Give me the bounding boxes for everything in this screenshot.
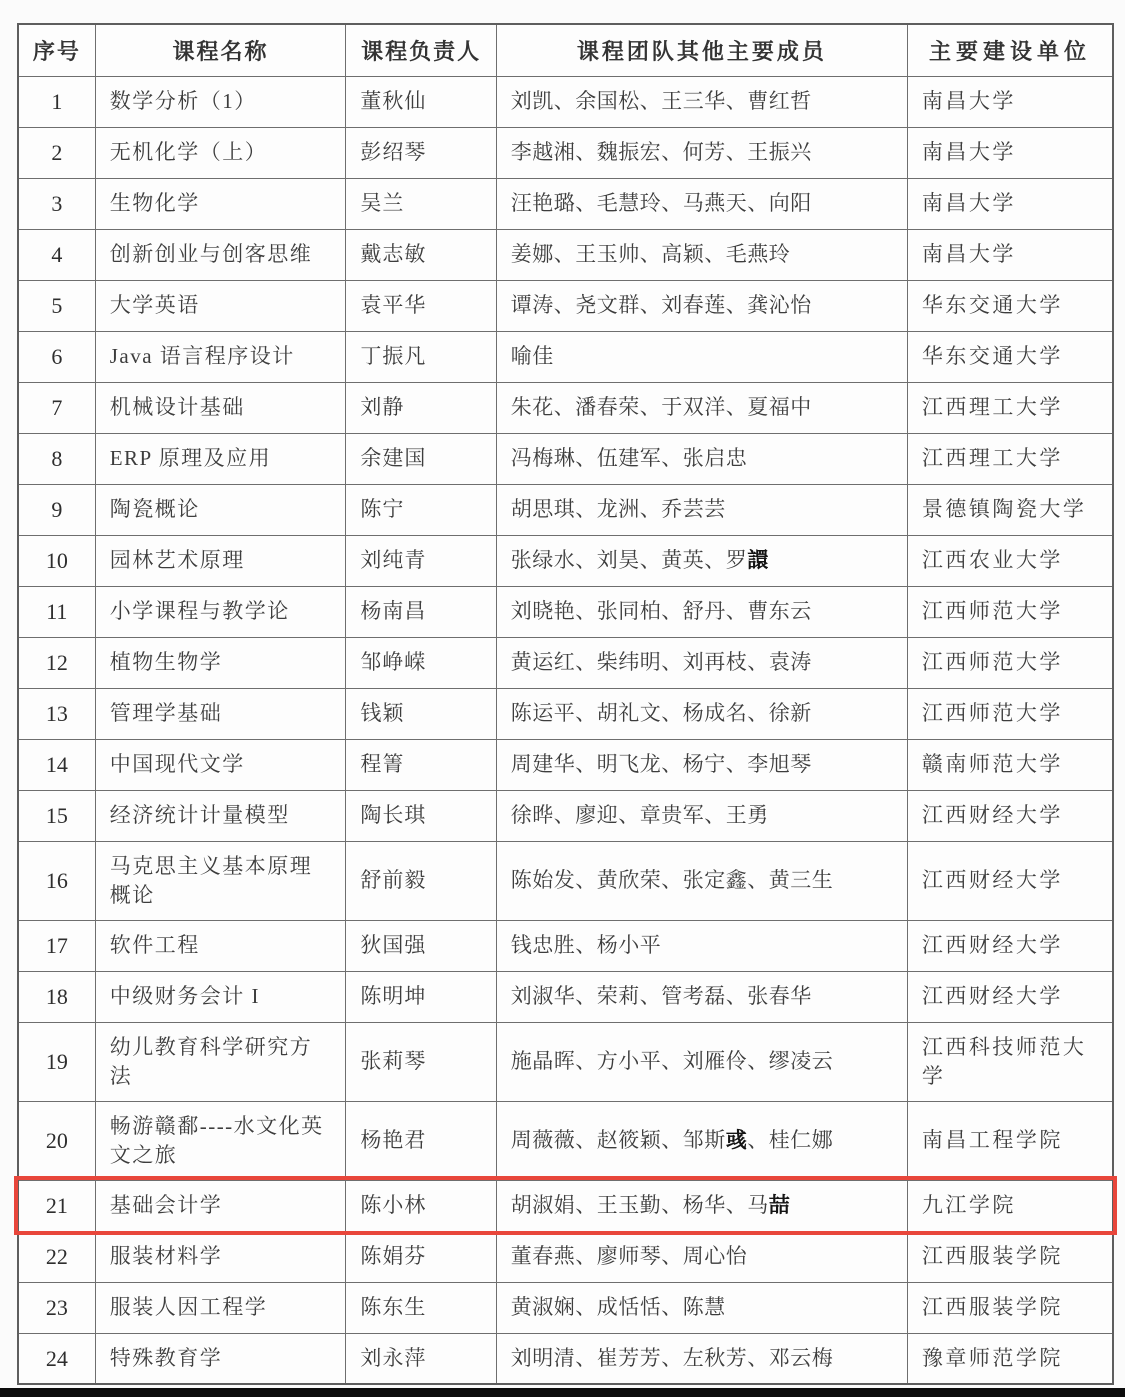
cell-members: 谭涛、尧文群、刘春莲、龚沁怡 (496, 280, 907, 331)
cell-course-name: 生物化学 (95, 178, 346, 229)
members-text: 张绿水、刘昊、黄英、罗 (511, 548, 748, 572)
table-row: 7机械设计基础刘静朱花、潘春荣、于双洋、夏福中江西理工大学 (18, 382, 1113, 433)
cell-unit: 江西科技师范大学 (907, 1022, 1113, 1101)
cell-no: 17 (18, 920, 95, 971)
table-row: 16马克思主义基本原理概论舒前毅陈始发、黄欣荣、张定鑫、黄三生江西财经大学 (18, 841, 1113, 920)
members-text: 黄淑娴、成恬恬、陈慧 (511, 1295, 726, 1319)
members-text: 施晶晖、方小平、刘雁伶、缪凌云 (511, 1049, 834, 1073)
table-row: 20畅游赣鄱----水文化英文之旅杨艳君周薇薇、赵筱颖、邹斯彧、桂仁娜南昌工程学… (18, 1101, 1113, 1180)
cell-course-name: Java 语言程序设计 (95, 331, 346, 382)
cell-members: 周建华、明飞龙、杨宁、李旭琴 (496, 739, 907, 790)
cell-unit: 豫章师范学院 (907, 1333, 1113, 1384)
cell-leader: 陈东生 (346, 1282, 496, 1333)
cell-leader: 陈小林 (346, 1180, 496, 1231)
cell-members: 冯梅琳、伍建军、张启忠 (496, 433, 907, 484)
cell-course-name: 马克思主义基本原理概论 (95, 841, 346, 920)
members-text: 汪艳璐、毛慧玲、马燕天、向阳 (511, 191, 812, 215)
members-text: 周薇薇、赵筱颖、邹斯 (511, 1128, 726, 1152)
cell-members: 朱花、潘春荣、于双洋、夏福中 (496, 382, 907, 433)
cell-unit: 江西理工大学 (907, 433, 1113, 484)
cell-no: 21 (18, 1180, 95, 1231)
cell-no: 15 (18, 790, 95, 841)
cell-unit: 南昌大学 (907, 229, 1113, 280)
cell-course-name: 服装材料学 (95, 1231, 346, 1282)
cell-leader: 刘永萍 (346, 1333, 496, 1384)
table-row: 10园林艺术原理刘纯青张绿水、刘昊、黄英、罗譞江西农业大学 (18, 535, 1113, 586)
cell-leader: 刘纯青 (346, 535, 496, 586)
table-row: 6Java 语言程序设计丁振凡喻佳华东交通大学 (18, 331, 1113, 382)
cell-course-name: 管理学基础 (95, 688, 346, 739)
cell-members: 刘明清、崔芳芳、左秋芳、邓云梅 (496, 1333, 907, 1384)
header-members: 课程团队其他主要成员 (496, 24, 907, 76)
cell-members: 汪艳璐、毛慧玲、马燕天、向阳 (496, 178, 907, 229)
cell-leader: 杨南昌 (346, 586, 496, 637)
cell-unit: 江西理工大学 (907, 382, 1113, 433)
cell-members: 陈运平、胡礼文、杨成名、徐新 (496, 688, 907, 739)
cell-leader: 陈娟芬 (346, 1231, 496, 1282)
table-row: 17软件工程狄国强钱忠胜、杨小平江西财经大学 (18, 920, 1113, 971)
table-row: 13管理学基础钱颖陈运平、胡礼文、杨成名、徐新江西师范大学 (18, 688, 1113, 739)
cell-course-name: 中级财务会计 I (95, 971, 346, 1022)
cell-leader: 舒前毅 (346, 841, 496, 920)
members-text: 胡淑娟、王玉勤、杨华、马 (511, 1193, 769, 1217)
members-bold-char: 喆 (769, 1193, 791, 1217)
members-text: 胡思琪、龙洲、乔芸芸 (511, 497, 726, 521)
table-row: 14中国现代文学程箐周建华、明飞龙、杨宁、李旭琴赣南师范大学 (18, 739, 1113, 790)
cell-unit: 江西师范大学 (907, 586, 1113, 637)
cell-unit: 南昌工程学院 (907, 1101, 1113, 1180)
cell-unit: 南昌大学 (907, 76, 1113, 127)
cell-course-name: 服装人因工程学 (95, 1282, 346, 1333)
cell-course-name: 植物生物学 (95, 637, 346, 688)
members-bold-char: 譞 (747, 548, 769, 572)
table-row-highlighted: 21基础会计学陈小林胡淑娟、王玉勤、杨华、马喆九江学院 (18, 1180, 1113, 1231)
cell-members: 张绿水、刘昊、黄英、罗譞 (496, 535, 907, 586)
cell-course-name: 陶瓷概论 (95, 484, 346, 535)
members-text: 钱忠胜、杨小平 (511, 933, 662, 957)
cell-no: 9 (18, 484, 95, 535)
cell-unit: 江西财经大学 (907, 841, 1113, 920)
cell-leader: 陈明坤 (346, 971, 496, 1022)
cell-members: 陈始发、黄欣荣、张定鑫、黄三生 (496, 841, 907, 920)
members-text: 刘淑华、荣莉、管考磊、张春华 (511, 984, 812, 1008)
cell-no: 10 (18, 535, 95, 586)
cell-leader: 程箐 (346, 739, 496, 790)
members-text: 黄运红、柴纬明、刘再枝、袁涛 (511, 650, 812, 674)
cell-course-name: 数学分析（1） (95, 76, 346, 127)
cell-leader: 钱颖 (346, 688, 496, 739)
cell-leader: 刘静 (346, 382, 496, 433)
cell-no: 18 (18, 971, 95, 1022)
cell-course-name: 园林艺术原理 (95, 535, 346, 586)
cell-course-name: 软件工程 (95, 920, 346, 971)
cell-course-name: 机械设计基础 (95, 382, 346, 433)
cell-members: 胡思琪、龙洲、乔芸芸 (496, 484, 907, 535)
members-text: 刘明清、崔芳芳、左秋芳、邓云梅 (511, 1346, 834, 1370)
members-bold-char: 彧 (726, 1128, 748, 1152)
cell-course-name: 大学英语 (95, 280, 346, 331)
members-text: 、桂仁娜 (747, 1128, 833, 1152)
table-row: 1数学分析（1）董秋仙刘凯、余国松、王三华、曹红哲南昌大学 (18, 76, 1113, 127)
cell-leader: 杨艳君 (346, 1101, 496, 1180)
cell-unit: 赣南师范大学 (907, 739, 1113, 790)
cell-members: 刘晓艳、张同柏、舒丹、曹东云 (496, 586, 907, 637)
cell-unit: 华东交通大学 (907, 280, 1113, 331)
cell-unit: 九江学院 (907, 1180, 1113, 1231)
members-text: 陈运平、胡礼文、杨成名、徐新 (511, 701, 812, 725)
table-row: 19幼儿教育科学研究方法张莉琴施晶晖、方小平、刘雁伶、缪凌云江西科技师范大学 (18, 1022, 1113, 1101)
cell-members: 黄淑娴、成恬恬、陈慧 (496, 1282, 907, 1333)
cell-unit: 江西服装学院 (907, 1231, 1113, 1282)
members-text: 冯梅琳、伍建军、张启忠 (511, 446, 748, 470)
cell-no: 14 (18, 739, 95, 790)
table-row: 18中级财务会计 I陈明坤刘淑华、荣莉、管考磊、张春华江西财经大学 (18, 971, 1113, 1022)
table-row: 8ERP 原理及应用余建国冯梅琳、伍建军、张启忠江西理工大学 (18, 433, 1113, 484)
table-row: 3生物化学吴兰汪艳璐、毛慧玲、马燕天、向阳南昌大学 (18, 178, 1113, 229)
cell-leader: 狄国强 (346, 920, 496, 971)
cell-no: 16 (18, 841, 95, 920)
cell-no: 13 (18, 688, 95, 739)
cell-no: 6 (18, 331, 95, 382)
members-text: 董春燕、廖师琴、周心怡 (511, 1244, 748, 1268)
members-text: 陈始发、黄欣荣、张定鑫、黄三生 (511, 868, 834, 892)
cell-members: 董春燕、廖师琴、周心怡 (496, 1231, 907, 1282)
header-leader: 课程负责人 (346, 24, 496, 76)
cell-no: 19 (18, 1022, 95, 1101)
cell-course-name: 基础会计学 (95, 1180, 346, 1231)
course-table: 序号 课程名称 课程负责人 课程团队其他主要成员 主要建设单位 1数学分析（1）… (17, 23, 1114, 1385)
cell-members: 施晶晖、方小平、刘雁伶、缪凌云 (496, 1022, 907, 1101)
cell-unit: 江西财经大学 (907, 920, 1113, 971)
header-course: 课程名称 (95, 24, 346, 76)
cell-unit: 景德镇陶瓷大学 (907, 484, 1113, 535)
cell-no: 23 (18, 1282, 95, 1333)
header-unit: 主要建设单位 (907, 24, 1113, 76)
cell-no: 5 (18, 280, 95, 331)
table-row: 15经济统计计量模型陶长琪徐晔、廖迎、章贵军、王勇江西财经大学 (18, 790, 1113, 841)
cell-course-name: 幼儿教育科学研究方法 (95, 1022, 346, 1101)
cell-members: 周薇薇、赵筱颖、邹斯彧、桂仁娜 (496, 1101, 907, 1180)
cell-members: 胡淑娟、王玉勤、杨华、马喆 (496, 1180, 907, 1231)
table-row: 2无机化学（上）彭绍琴李越湘、魏振宏、何芳、王振兴南昌大学 (18, 127, 1113, 178)
table-row: 12植物生物学邹峥嵘黄运红、柴纬明、刘再枝、袁涛江西师范大学 (18, 637, 1113, 688)
table-row: 9陶瓷概论陈宁胡思琪、龙洲、乔芸芸景德镇陶瓷大学 (18, 484, 1113, 535)
cell-leader: 戴志敏 (346, 229, 496, 280)
cell-no: 11 (18, 586, 95, 637)
cell-leader: 陶长琪 (346, 790, 496, 841)
members-text: 刘晓艳、张同柏、舒丹、曹东云 (511, 599, 812, 623)
cell-members: 姜娜、王玉帅、高颖、毛燕玲 (496, 229, 907, 280)
table-row: 22服装材料学陈娟芬董春燕、廖师琴、周心怡江西服装学院 (18, 1231, 1113, 1282)
cell-leader: 袁平华 (346, 280, 496, 331)
cell-members: 刘凯、余国松、王三华、曹红哲 (496, 76, 907, 127)
cell-unit: 江西财经大学 (907, 790, 1113, 841)
cell-leader: 陈宁 (346, 484, 496, 535)
cell-leader: 张莉琴 (346, 1022, 496, 1101)
header-no: 序号 (18, 24, 95, 76)
table-row: 11小学课程与教学论杨南昌刘晓艳、张同柏、舒丹、曹东云江西师范大学 (18, 586, 1113, 637)
cell-unit: 南昌大学 (907, 127, 1113, 178)
cell-members: 喻佳 (496, 331, 907, 382)
cell-no: 24 (18, 1333, 95, 1384)
cell-unit: 江西师范大学 (907, 688, 1113, 739)
cell-leader: 余建国 (346, 433, 496, 484)
table-row: 4创新创业与创客思维戴志敏姜娜、王玉帅、高颖、毛燕玲南昌大学 (18, 229, 1113, 280)
cell-members: 钱忠胜、杨小平 (496, 920, 907, 971)
cell-leader: 丁振凡 (346, 331, 496, 382)
cell-course-name: 无机化学（上） (95, 127, 346, 178)
cell-unit: 江西农业大学 (907, 535, 1113, 586)
cell-no: 2 (18, 127, 95, 178)
cell-members: 黄运红、柴纬明、刘再枝、袁涛 (496, 637, 907, 688)
members-text: 周建华、明飞龙、杨宁、李旭琴 (511, 752, 812, 776)
header-row: 序号 课程名称 课程负责人 课程团队其他主要成员 主要建设单位 (18, 24, 1113, 76)
cell-course-name: 经济统计计量模型 (95, 790, 346, 841)
cell-no: 12 (18, 637, 95, 688)
document-page: 序号 课程名称 课程负责人 课程团队其他主要成员 主要建设单位 1数学分析（1）… (0, 0, 1125, 1397)
members-text: 刘凯、余国松、王三华、曹红哲 (511, 89, 812, 113)
cell-course-name: ERP 原理及应用 (95, 433, 346, 484)
cell-leader: 董秋仙 (346, 76, 496, 127)
cell-course-name: 中国现代文学 (95, 739, 346, 790)
cell-course-name: 畅游赣鄱----水文化英文之旅 (95, 1101, 346, 1180)
table-row: 5大学英语袁平华谭涛、尧文群、刘春莲、龚沁怡华东交通大学 (18, 280, 1113, 331)
cell-members: 刘淑华、荣莉、管考磊、张春华 (496, 971, 907, 1022)
cell-leader: 邹峥嵘 (346, 637, 496, 688)
cell-unit: 南昌大学 (907, 178, 1113, 229)
bottom-scan-bar (0, 1388, 1125, 1397)
cell-unit: 江西师范大学 (907, 637, 1113, 688)
cell-no: 3 (18, 178, 95, 229)
cell-no: 8 (18, 433, 95, 484)
cell-no: 22 (18, 1231, 95, 1282)
cell-no: 7 (18, 382, 95, 433)
members-text: 喻佳 (511, 344, 554, 368)
cell-course-name: 创新创业与创客思维 (95, 229, 346, 280)
cell-members: 徐晔、廖迎、章贵军、王勇 (496, 790, 907, 841)
members-text: 李越湘、魏振宏、何芳、王振兴 (511, 140, 812, 164)
cell-leader: 吴兰 (346, 178, 496, 229)
table-row: 23服装人因工程学陈东生黄淑娴、成恬恬、陈慧江西服装学院 (18, 1282, 1113, 1333)
cell-no: 20 (18, 1101, 95, 1180)
cell-leader: 彭绍琴 (346, 127, 496, 178)
cell-course-name: 小学课程与教学论 (95, 586, 346, 637)
cell-unit: 江西财经大学 (907, 971, 1113, 1022)
cell-unit: 华东交通大学 (907, 331, 1113, 382)
cell-members: 李越湘、魏振宏、何芳、王振兴 (496, 127, 907, 178)
cell-no: 4 (18, 229, 95, 280)
members-text: 徐晔、廖迎、章贵军、王勇 (511, 803, 769, 827)
cell-no: 1 (18, 76, 95, 127)
members-text: 姜娜、王玉帅、高颖、毛燕玲 (511, 242, 791, 266)
table-row: 24特殊教育学刘永萍刘明清、崔芳芳、左秋芳、邓云梅豫章师范学院 (18, 1333, 1113, 1384)
cell-unit: 江西服装学院 (907, 1282, 1113, 1333)
cell-course-name: 特殊教育学 (95, 1333, 346, 1384)
members-text: 谭涛、尧文群、刘春莲、龚沁怡 (511, 293, 812, 317)
members-text: 朱花、潘春荣、于双洋、夏福中 (511, 395, 812, 419)
